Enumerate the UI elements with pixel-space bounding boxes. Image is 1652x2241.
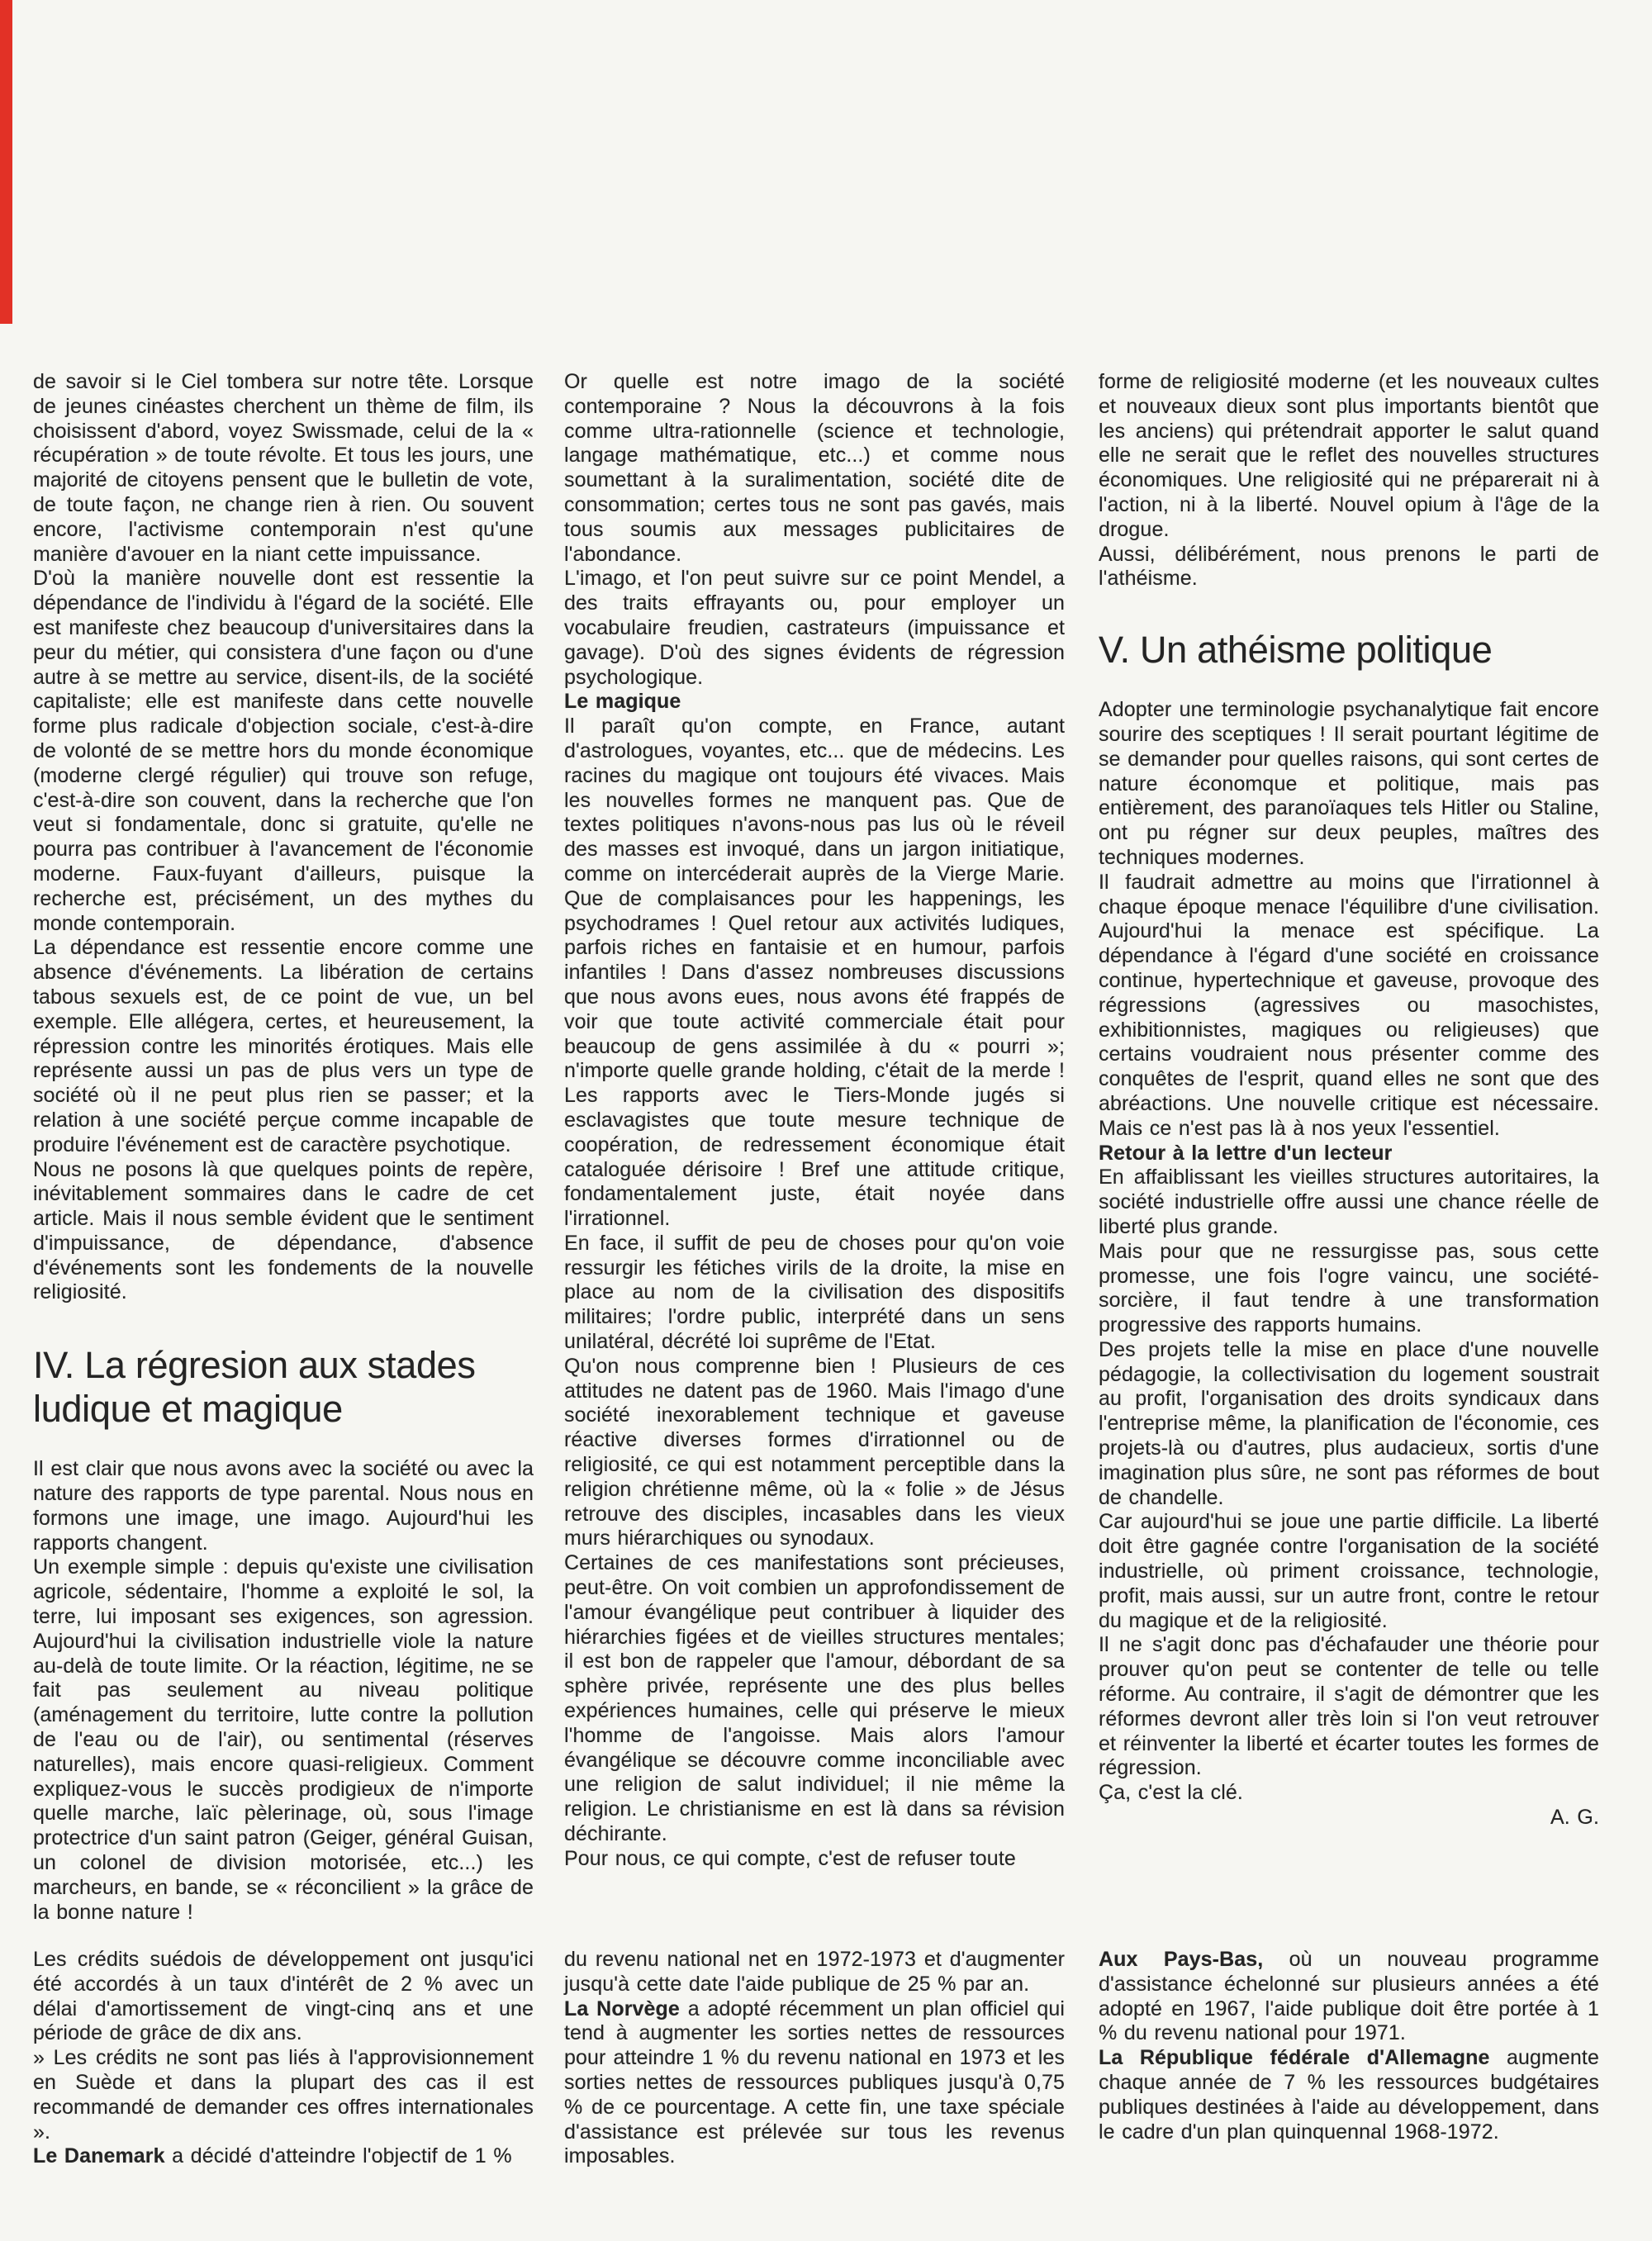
paragraph: D'où la manière nouvelle dont est ressen… <box>33 567 534 936</box>
paragraph: Il faudrait admettre au moins que l'irra… <box>1099 871 1599 1142</box>
paragraph: forme de religiosité moderne (et les nou… <box>1099 370 1599 543</box>
paragraph: Pour nous, ce qui compte, c'est de refus… <box>564 1847 1065 1872</box>
paragraph: Le Danemark a décidé d'atteindre l'objec… <box>33 2144 534 2169</box>
paragraph: Car aujourd'hui se joue une partie diffi… <box>1099 1510 1599 1633</box>
country-lead-pays-bas: Aux Pays-Bas, <box>1099 1948 1263 1971</box>
paragraph: Ça, c'est la clé. <box>1099 1781 1599 1806</box>
country-lead-allemagne: La République fédérale d'Allemagne <box>1099 2046 1489 2069</box>
paragraph: du revenu national net en 1972-1973 et d… <box>564 1948 1065 1997</box>
subheading-retour-lettre: Retour à la lettre d'un lecteur <box>1099 1142 1599 1166</box>
paragraph: Adopter une terminologie psychanalytique… <box>1099 698 1599 871</box>
section-heading-iv: IV. La régresion aux stades ludique et m… <box>33 1343 534 1431</box>
section-heading-v: V. Un athéisme politique <box>1099 628 1599 672</box>
paragraph: de savoir si le Ciel tombera sur notre t… <box>33 370 534 567</box>
article-column-3: forme de religiosité moderne (et les nou… <box>1099 370 1599 1830</box>
paragraph: Il paraît qu'on compte, en France, autan… <box>564 715 1065 1232</box>
paragraph: Des projets telle la mise en place d'une… <box>1099 1338 1599 1511</box>
paragraph: » Les crédits ne sont pas liés à l'appro… <box>33 2046 534 2144</box>
paragraph-text: a adopté récemment un plan officiel qui … <box>564 1997 1065 2168</box>
author-initials: A. G. <box>1099 1806 1599 1830</box>
paragraph: Or quelle est notre imago de la société … <box>564 370 1065 567</box>
bottom-column-2: du revenu national net en 1972-1973 et d… <box>564 1948 1065 2169</box>
paragraph: Mais pour que ne ressurgisse pas, sous c… <box>1099 1240 1599 1338</box>
paragraph: La Norvège a adopté récemment un plan of… <box>564 1997 1065 2170</box>
scanned-magazine-page: de savoir si le Ciel tombera sur notre t… <box>0 0 1652 2241</box>
bottom-column-3: Aux Pays-Bas, où un nouveau programme d'… <box>1099 1948 1599 2144</box>
paragraph: Il ne s'agit donc pas d'échafauder une t… <box>1099 1633 1599 1781</box>
paragraph: Nous ne posons là que quelques points de… <box>33 1158 534 1306</box>
country-lead-danemark: Le Danemark <box>33 2144 165 2167</box>
paragraph: Les crédits suédois de développement ont… <box>33 1948 534 2046</box>
article-column-1: de savoir si le Ciel tombera sur notre t… <box>33 370 534 1925</box>
paragraph: Aux Pays-Bas, où un nouveau programme d'… <box>1099 1948 1599 2046</box>
subheading-le-magique: Le magique <box>564 690 1065 715</box>
paragraph: Il est clair que nous avons avec la soci… <box>33 1457 534 1555</box>
paragraph: Qu'on nous comprenne bien ! Plusieurs de… <box>564 1355 1065 1551</box>
paragraph: L'imago, et l'on peut suivre sur ce poin… <box>564 567 1065 690</box>
paragraph: Aussi, délibérément, nous prenons le par… <box>1099 543 1599 592</box>
paragraph: La République fédérale d'Allemagne augme… <box>1099 2046 1599 2144</box>
bottom-column-1: Les crédits suédois de développement ont… <box>33 1948 534 2169</box>
article-column-2: Or quelle est notre imago de la société … <box>564 370 1065 1872</box>
paragraph-text: a décidé d'atteindre l'objectif de 1 % <box>165 2144 512 2167</box>
paragraph: Un exemple simple : depuis qu'existe une… <box>33 1555 534 1925</box>
paragraph: Certaines de ces manifestations sont pré… <box>564 1551 1065 1847</box>
red-margin-mark <box>0 0 12 324</box>
country-lead-norvege: La Norvège <box>564 1997 680 2020</box>
paragraph: En affaiblissant les vieilles structures… <box>1099 1166 1599 1239</box>
paragraph: La dépendance est ressentie encore comme… <box>33 936 534 1157</box>
paragraph: En face, il suffit de peu de choses pour… <box>564 1232 1065 1355</box>
